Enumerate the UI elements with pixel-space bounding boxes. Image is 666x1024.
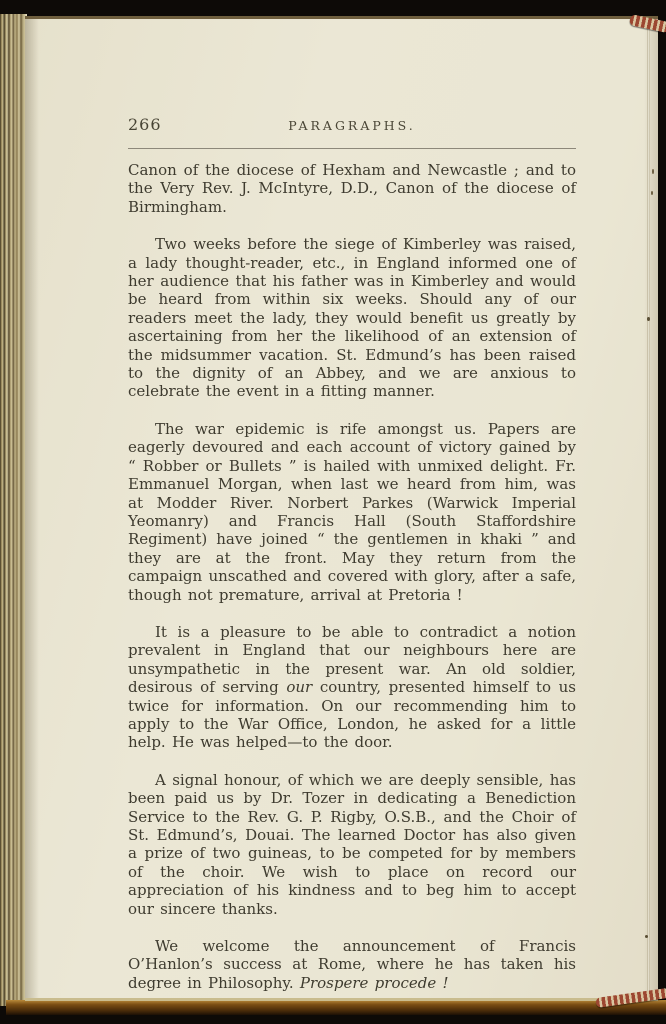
- paragraph: We welcome the announcement of Francis O…: [128, 937, 576, 992]
- text-segment: A signal honour, of which we are deeply …: [128, 771, 576, 918]
- paragraph: The war epidemic is rife amongst us. Pap…: [128, 420, 576, 604]
- book-page: 266 PARAGRAPHS. Canon of the diocese of …: [25, 16, 658, 1001]
- text-segment: Two weeks before the siege of Kimberley …: [128, 235, 576, 400]
- page-body: Canon of the diocese of Hexham and Newca…: [128, 161, 576, 992]
- page-crease: [647, 25, 650, 998]
- page-header: 266 PARAGRAPHS.: [128, 115, 576, 135]
- gutter-shadow: [25, 19, 39, 998]
- paragraph: It is a pleasure to be able to contradic…: [128, 623, 576, 752]
- header-rule: [128, 148, 576, 149]
- paragraph: Canon of the diocese of Hexham and Newca…: [128, 161, 576, 216]
- text-segment: Canon of the diocese of Hexham and Newca…: [128, 161, 576, 216]
- italic-text: our: [286, 678, 312, 696]
- running-head: PARAGRAPHS.: [128, 118, 576, 133]
- page-edge-stack: [0, 14, 27, 1006]
- cover-bottom-edge: [6, 1000, 666, 1015]
- paragraph: A signal honour, of which we are deeply …: [128, 771, 576, 918]
- paper-speck: [645, 935, 648, 938]
- paper-speck: [647, 317, 650, 321]
- text-segment: The war epidemic is rife amongst us. Pap…: [128, 420, 576, 604]
- paper-speck: [651, 191, 653, 195]
- paragraph: Two weeks before the siege of Kimberley …: [128, 235, 576, 401]
- book-scan: 266 PARAGRAPHS. Canon of the diocese of …: [0, 0, 666, 1024]
- paper-speck: [652, 169, 654, 174]
- italic-text: Prospere procede !: [300, 974, 449, 992]
